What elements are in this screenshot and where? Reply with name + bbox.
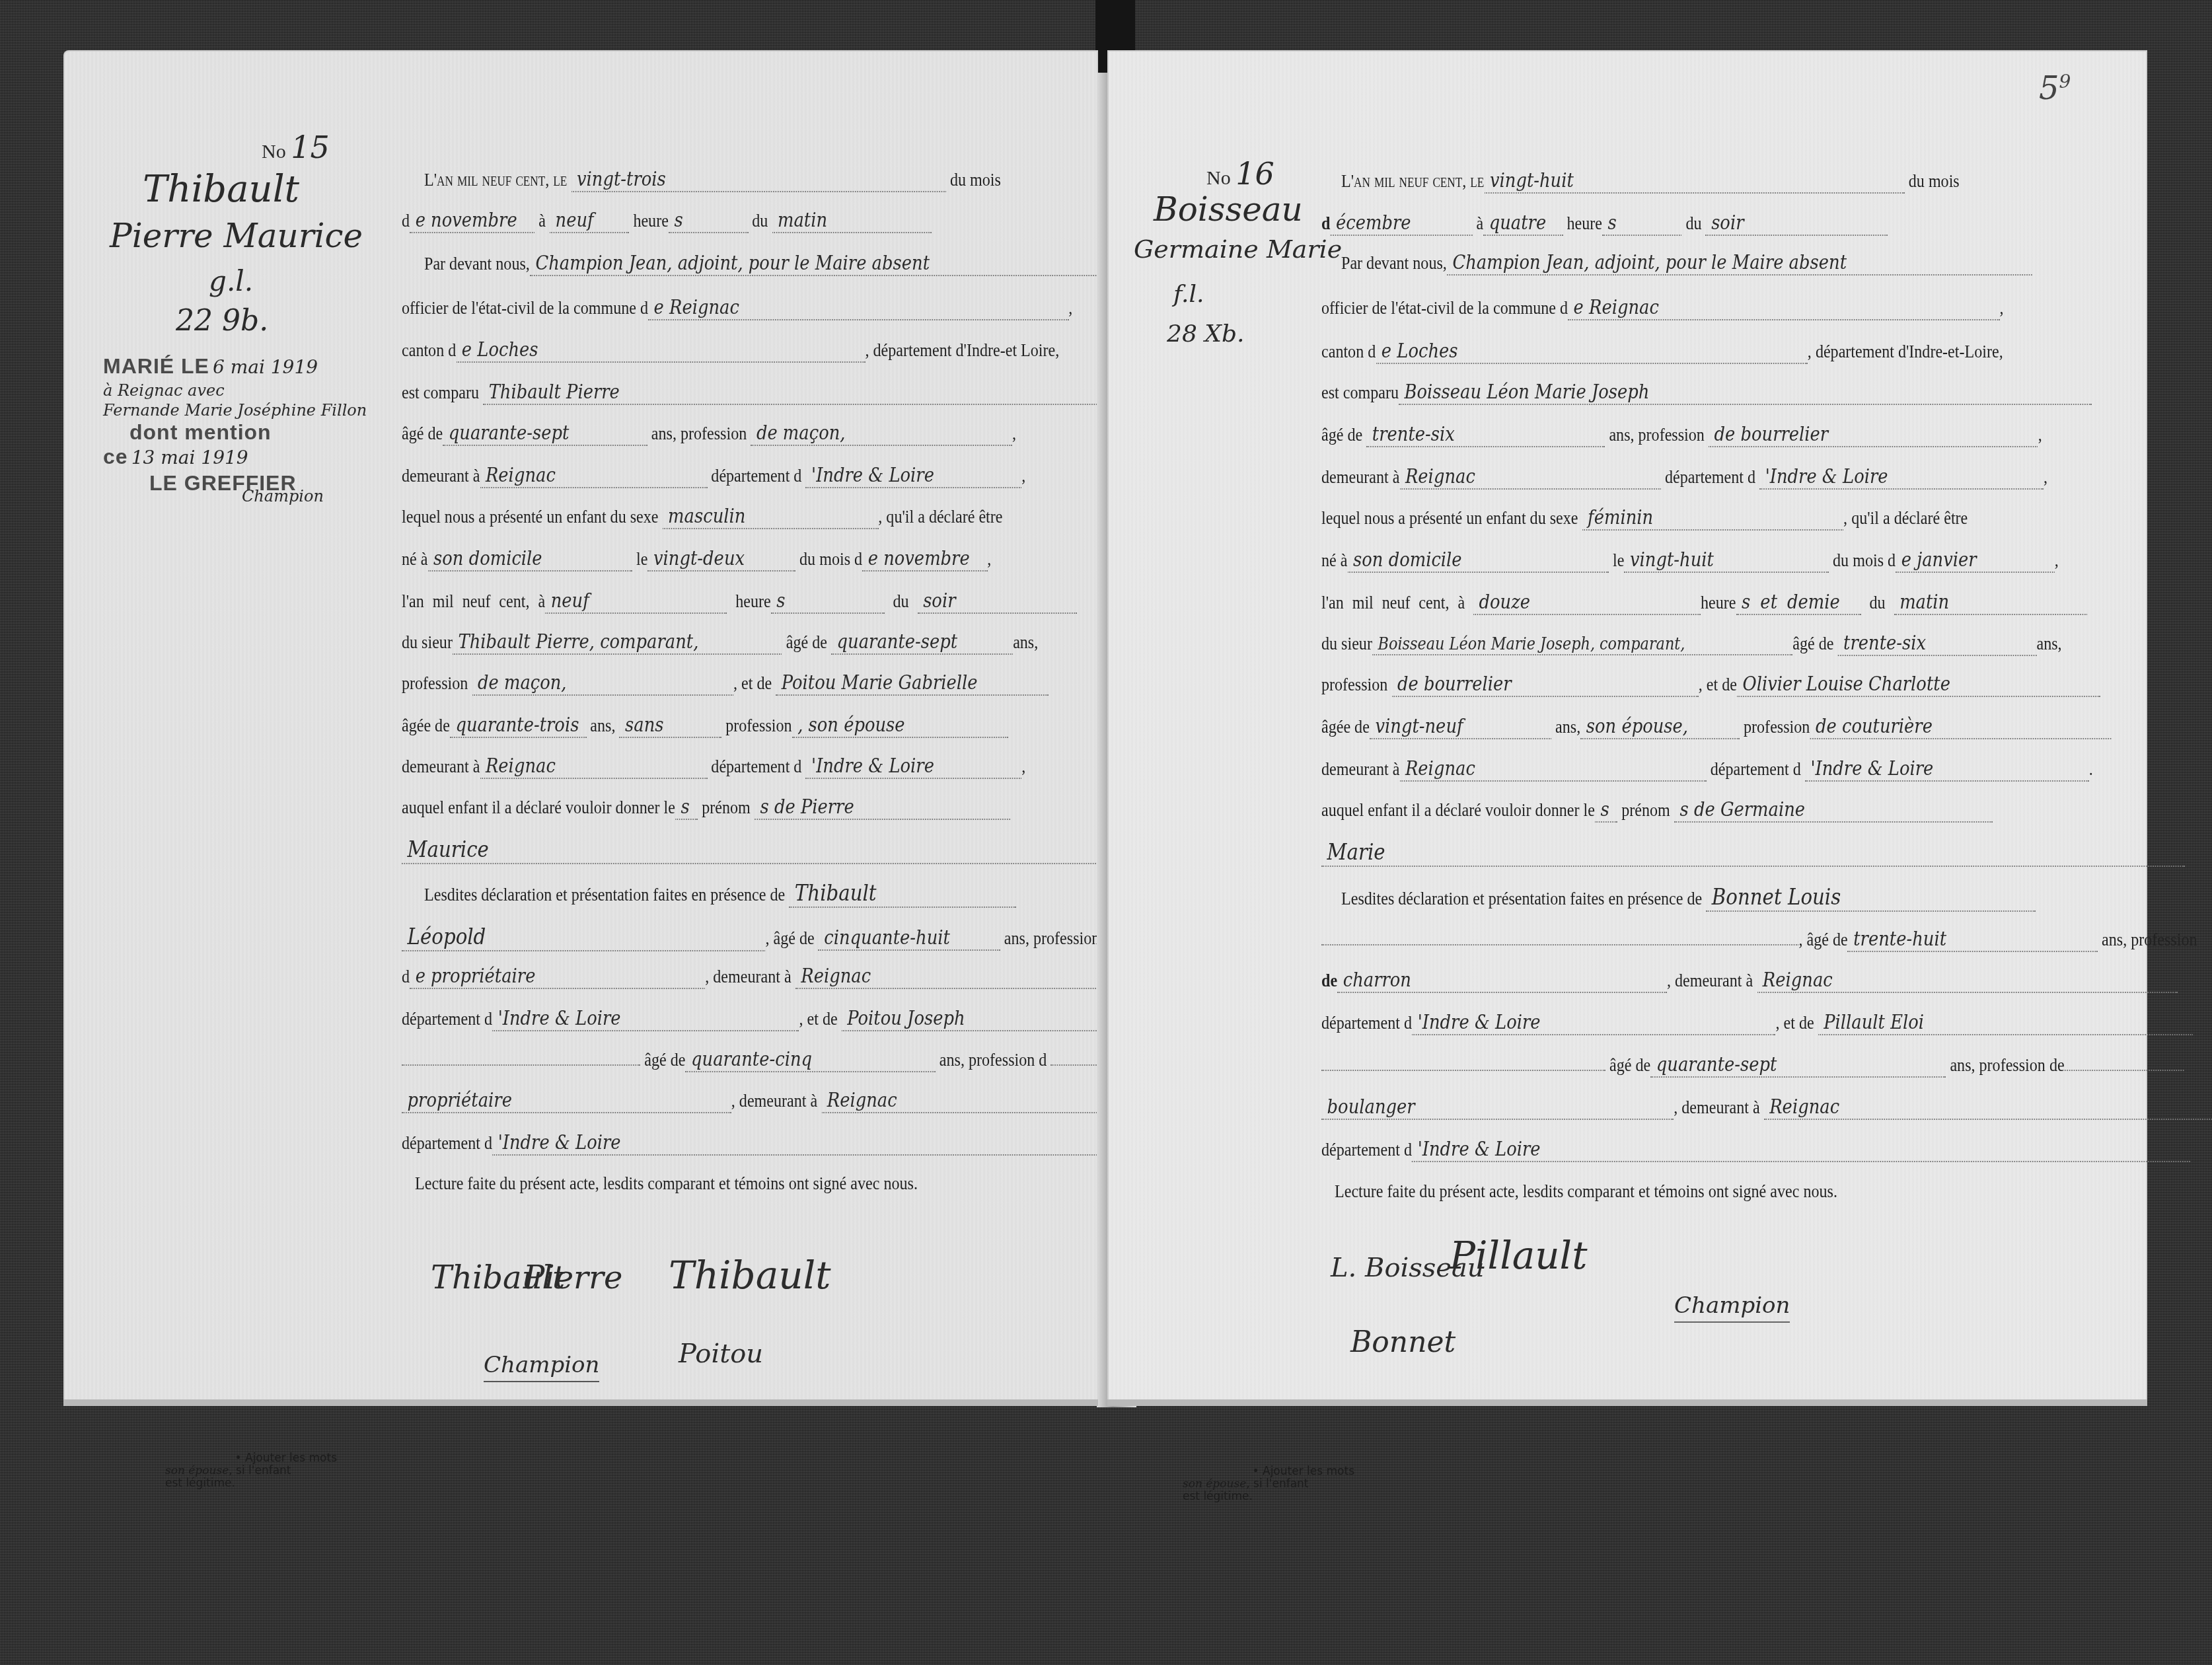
form-line-21: département d'Indre & Loire, et de Pilla… (1321, 1011, 2193, 1035)
form-line-18: Lesdites déclaration et présentation fai… (1341, 884, 2036, 912)
margin-reference-2: 28 Xb. (1167, 321, 1244, 348)
form-line-5: canton de Loches, département d'Indre-et… (1321, 340, 2003, 364)
form-line-15: demeurant àReignac département d 'Indre … (402, 755, 1025, 779)
form-line-9: lequel nous a présenté un enfant du sexe… (402, 505, 1002, 529)
form-line-1: L'an mil neuf cent, le vingt-trois du mo… (424, 168, 1001, 192)
form-line-6: est comparu Thibault Pierre (402, 381, 1142, 405)
form-line-6: est comparuBoisseau Léon Marie Joseph (1321, 381, 2092, 405)
form-line-21: département d'Indre & Loire, et de Poito… (402, 1007, 1160, 1031)
form-line-2: de novembre à neuf heures du matin (402, 209, 931, 233)
stamp-dont-mention: dont mention (129, 420, 272, 444)
form-line-4: officier de l'état-civil de la commune d… (402, 296, 1072, 320)
form-line-19: , âgé detrente-huit ans, profession (1321, 928, 2197, 952)
form-line-22: âgé dequarante-cinq ans, profession d (402, 1048, 1153, 1072)
left-footnote: • Ajouter les mots son épouse, si l'enfa… (165, 1452, 337, 1490)
form-line-19: Léopold, âgé de cinquante-huit ans, prof… (402, 924, 1099, 951)
form-line-15: demeurant àReignac département d 'Indre … (1321, 757, 2093, 782)
form-line-1: L'an mil neuf cent, levingt-huit du mois (1341, 169, 1960, 194)
signature-officer: Champion (484, 1352, 599, 1382)
form-line-7: âgé de trente-six ans, profession de bou… (1321, 423, 2042, 447)
form-line-11: l'an mil neuf cent, àneuf heures du soir (402, 589, 1076, 614)
margin-given-names: Pierre Maurice (110, 215, 363, 256)
form-line-8: demeurant àReignac département d 'Indre … (1321, 465, 2047, 490)
margin-surname: Thibault (143, 169, 299, 210)
signature-witness-1: Bonnet (1350, 1325, 1456, 1359)
left-page: No 15 Thibault Pierre Maurice g.l. 22 9b… (63, 50, 1098, 1405)
act-number: No 16 (1206, 156, 1274, 192)
form-line-18: Lesdites déclaration et présentation fai… (424, 880, 1016, 908)
form-line-10: né àson domicile levingt-deux du mois de… (402, 547, 991, 572)
signature-witness-2: Pillault (1450, 1233, 1587, 1278)
form-line-2: décembre àquatre heures du soir (1321, 211, 1888, 236)
left-signatures: Thibault Pierre Thibault Champion Poitou (365, 1226, 1158, 1424)
form-line-16: auquel enfant il a déclaré vouloir donne… (402, 795, 1010, 820)
form-line-20: decharron, demeurant à Reignac (1321, 969, 2178, 993)
form-line-24: département d'Indre & Loire, (402, 1131, 1132, 1156)
form-line-23: boulanger, demeurant à Reignac (1321, 1095, 2212, 1120)
signature-witness-2: Poitou (679, 1339, 763, 1369)
form-line-12: du sieurThibault Pierre, comparant, âgé … (402, 630, 1038, 655)
margin-given-names: Germaine Marie (1134, 229, 1342, 270)
form-line-14: âgée devingt-neuf ans,son épouse, profes… (1321, 715, 2111, 739)
form-line-11: l'an mil neuf cent, à douzeheures et dem… (1321, 591, 2087, 615)
form-line-17: Marie (1321, 839, 2185, 867)
form-line-9: lequel nous a présenté un enfant du sexe… (1321, 506, 1968, 531)
form-line-12: du sieurBoisseau Léon Marie Joseph, comp… (1321, 632, 2062, 656)
margin-reference-1: f.l. (1173, 281, 1204, 308)
right-footnote: • Ajouter les mots son épouse, si l'enfa… (1183, 1465, 1354, 1503)
form-line-14: âgée dequarante-trois ans, sans professi… (402, 714, 1008, 738)
form-line-8: demeurant àReignac département d 'Indre … (402, 464, 1025, 488)
signature-officer: Champion (1674, 1292, 1790, 1323)
marriage-mention: MARIÉ LE 6 mai 1919 à Reignac avec Ferna… (103, 354, 447, 496)
greffier-signature: Champion (242, 483, 324, 509)
form-line-13: profession de maçon,, et de Poitou Marie… (402, 671, 1049, 696)
form-line-4: officier de l'état-civil de la commune d… (1321, 296, 2004, 320)
form-line-16: auquel enfant il a déclaré vouloir donne… (1321, 798, 1992, 823)
form-line-22: âgé dequarante-sept ans, profession de (1321, 1053, 2184, 1078)
form-line-13: profession de bourrelier, et deOlivier L… (1321, 673, 2100, 697)
form-line-10: né àson domicile levingt-huit du mois de… (1321, 548, 2059, 573)
signature-witness-1: Thibault (669, 1253, 831, 1298)
form-closing-statement: Lecture faite du présent acte, lesdits c… (1335, 1181, 1837, 1202)
act-number: No 15 (262, 129, 330, 165)
form-line-17: Maurice (402, 836, 1146, 864)
page-edge-left (63, 1399, 1098, 1406)
day-field: vingt-trois (571, 168, 946, 192)
form-line-24: département d'Indre & Loire (1321, 1138, 2190, 1162)
folio-number: 59 (2039, 70, 2071, 107)
right-page: 59 No 16 Boisseau Germaine Marie f.l. 28… (1107, 50, 2147, 1405)
stamp-marie-le: MARIÉ LE (103, 354, 209, 378)
form-line-3: Par devant nous,Champion Jean, adjoint, … (424, 252, 1109, 276)
form-line-20: de propriétaire, demeurant à Reignac (402, 965, 1124, 989)
form-line-5: canton de Loches, département d'Indre-et… (402, 338, 1059, 363)
margin-reference-2: 22 9b. (176, 308, 268, 334)
form-line-3: Par devant nous,Champion Jean, adjoint, … (1341, 251, 2032, 276)
form-line-7: âgé dequarante-sept ans, profession de m… (402, 422, 1016, 446)
page-edge-right (1107, 1399, 2147, 1406)
form-closing-statement: Lecture faite du présent acte, lesdits c… (415, 1173, 918, 1195)
margin-reference-1: g.l. (209, 268, 253, 295)
signature-father-firstname: Pierre (523, 1259, 622, 1296)
right-signatures: L. Boisseau Pillault Champion Bonnet (1317, 1226, 2110, 1438)
margin-surname: Boisseau (1154, 189, 1303, 230)
